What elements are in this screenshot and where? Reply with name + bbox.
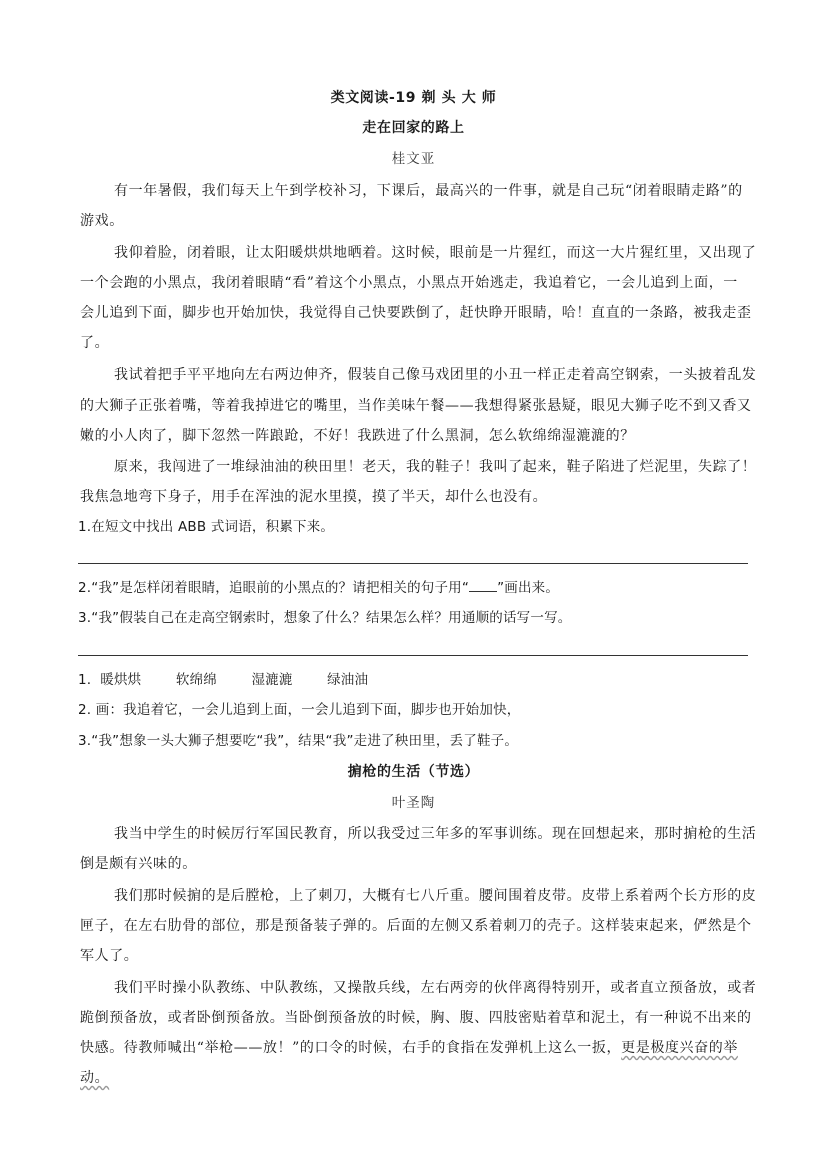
passage1-line: 游戏。 [80, 211, 750, 231]
passage1-line: 了。 [80, 333, 750, 353]
passage2-line: 跪倒预备放，或者卧倒预备放。当卧倒预备放的时候，胸、腹、四肢密贴着草和泥土，有一… [80, 1008, 750, 1028]
passage1-line: 我试着把手平平地向左右两边伸齐，假装自己像马戏团里的小丑一样正走着高空钢索，一头… [114, 365, 750, 385]
passage2-line: 倒是颇有兴味的。 [80, 854, 750, 874]
question-2-text: 2.“我”是怎样闭着眼睛，追眼前的小黑点的？请把相关的句子用“ [78, 580, 469, 596]
answer-1-label: 1. [78, 672, 91, 688]
answer-word: 湿漉漉 [251, 672, 292, 688]
answer-line-1[interactable] [78, 563, 748, 564]
passage1-line: 有一年暑假，我们每天上午到学校补习，下课后，最高兴的一件事，就是自己玩“闭着眼睛… [114, 181, 750, 201]
question-2: 2.“我”是怎样闭着眼睛，追眼前的小黑点的？请把相关的句子用“”画出来。 [78, 578, 748, 598]
passage2-author: 叶圣陶 [0, 793, 827, 813]
passage1-line: 嫩的小人肉了，脚下忽然一阵踉跄，不好！我跌进了什么黑洞，怎么软绵绵湿漉漉的？ [80, 426, 750, 446]
passage1-line: 我焦急地弯下身子，用手在浑浊的泥水里摸，摸了半天，却什么也没有。 [80, 487, 750, 507]
answer-line-3[interactable] [78, 655, 748, 656]
underlined-phrase: 更是极度兴奋的举 [621, 1040, 738, 1056]
passage2-line: 动。 [80, 1068, 750, 1088]
passage2-line-text: 快感。待教师喊出“举枪——放！”的口令的时候，右手的食指在发弹机上这么一扳， [80, 1040, 621, 1056]
question-2-text-end: ”画出来。 [497, 580, 559, 596]
answer-3: 3.“我”想象一头大狮子想要吃“我”，结果“我”走进了秧田里，丢了鞋子。 [78, 731, 748, 751]
answer-word: 绿油油 [327, 672, 368, 688]
passage2-line: 我当中学生的时候厉行军国民教育，所以我受过三年多的军事训练。现在回想起来，那时掮… [114, 824, 750, 844]
passage1-author: 桂文亚 [0, 149, 827, 169]
passage1-line: 一个会跑的小黑点，我闭着眼睛“看”着这个小黑点，小黑点开始逃走，我追着它，一会儿… [80, 273, 750, 293]
passage2-line: 军人了。 [80, 946, 750, 966]
question-1: 1.在短文中找出 ABB 式词语，积累下来。 [78, 517, 748, 537]
passage2-line: 我们那时候掮的是后膛枪，上了刺刀，大概有七八斤重。腰间围着皮带。皮带上系着两个长… [114, 886, 750, 906]
answer-2: 2. 画：我追着它，一会儿追到上面，一会儿追到下面，脚步也开始加快， [78, 700, 748, 720]
passage2-title: 掮枪的生活（节选） [0, 762, 827, 782]
question-3: 3.“我”假装自己在走高空钢索时，想象了什么？结果怎么样？用通顺的话写一写。 [78, 608, 748, 628]
document-title: 类文阅读-19 剃 头 大 师 [0, 88, 827, 108]
passage2-line: 匣子，在左右肋骨的部位，那是预备装子弹的。后面的左侧又系着刺刀的壳子。这样装束起… [80, 916, 750, 936]
passage1-line: 会儿追到下面，脚步也开始加快，我觉得自己快要跌倒了，赶快睁开眼睛，哈！直直的一条… [80, 303, 750, 323]
passage1-line: 我仰着脸，闭着眼，让太阳暖烘烘地晒着。这时候，眼前是一片猩红，而这一大片猩红里，… [114, 243, 750, 263]
document-page: 类文阅读-19 剃 头 大 师 走在回家的路上 桂文亚 有一年暑假，我们每天上午… [0, 0, 827, 1169]
passage1-line: 的大狮子正张着嘴，等着我掉进它的嘴里，当作美味午餐——我想得紧张悬疑，眼见大狮子… [80, 396, 750, 416]
underline-blank [469, 579, 497, 592]
passage2-line: 我们平时操小队教练、中队教练，又操散兵线，左右两旁的伙伴离得特别开，或者直立预备… [114, 978, 750, 998]
answer-word: 暖烘烘 [100, 672, 141, 688]
passage2-line: 快感。待教师喊出“举枪——放！”的口令的时候，右手的食指在发弹机上这么一扳，更是… [80, 1038, 750, 1058]
passage1-title: 走在回家的路上 [0, 118, 827, 138]
answer-1: 1. 暖烘烘 软绵绵 湿漉漉 绿油油 [78, 670, 748, 690]
passage1-line: 原来，我闯进了一堆绿油油的秧田里！老天，我的鞋子！我叫了起来，鞋子陷进了烂泥里，… [114, 457, 750, 477]
underlined-phrase-end: 动。 [80, 1070, 109, 1086]
answer-word: 软绵绵 [176, 672, 217, 688]
